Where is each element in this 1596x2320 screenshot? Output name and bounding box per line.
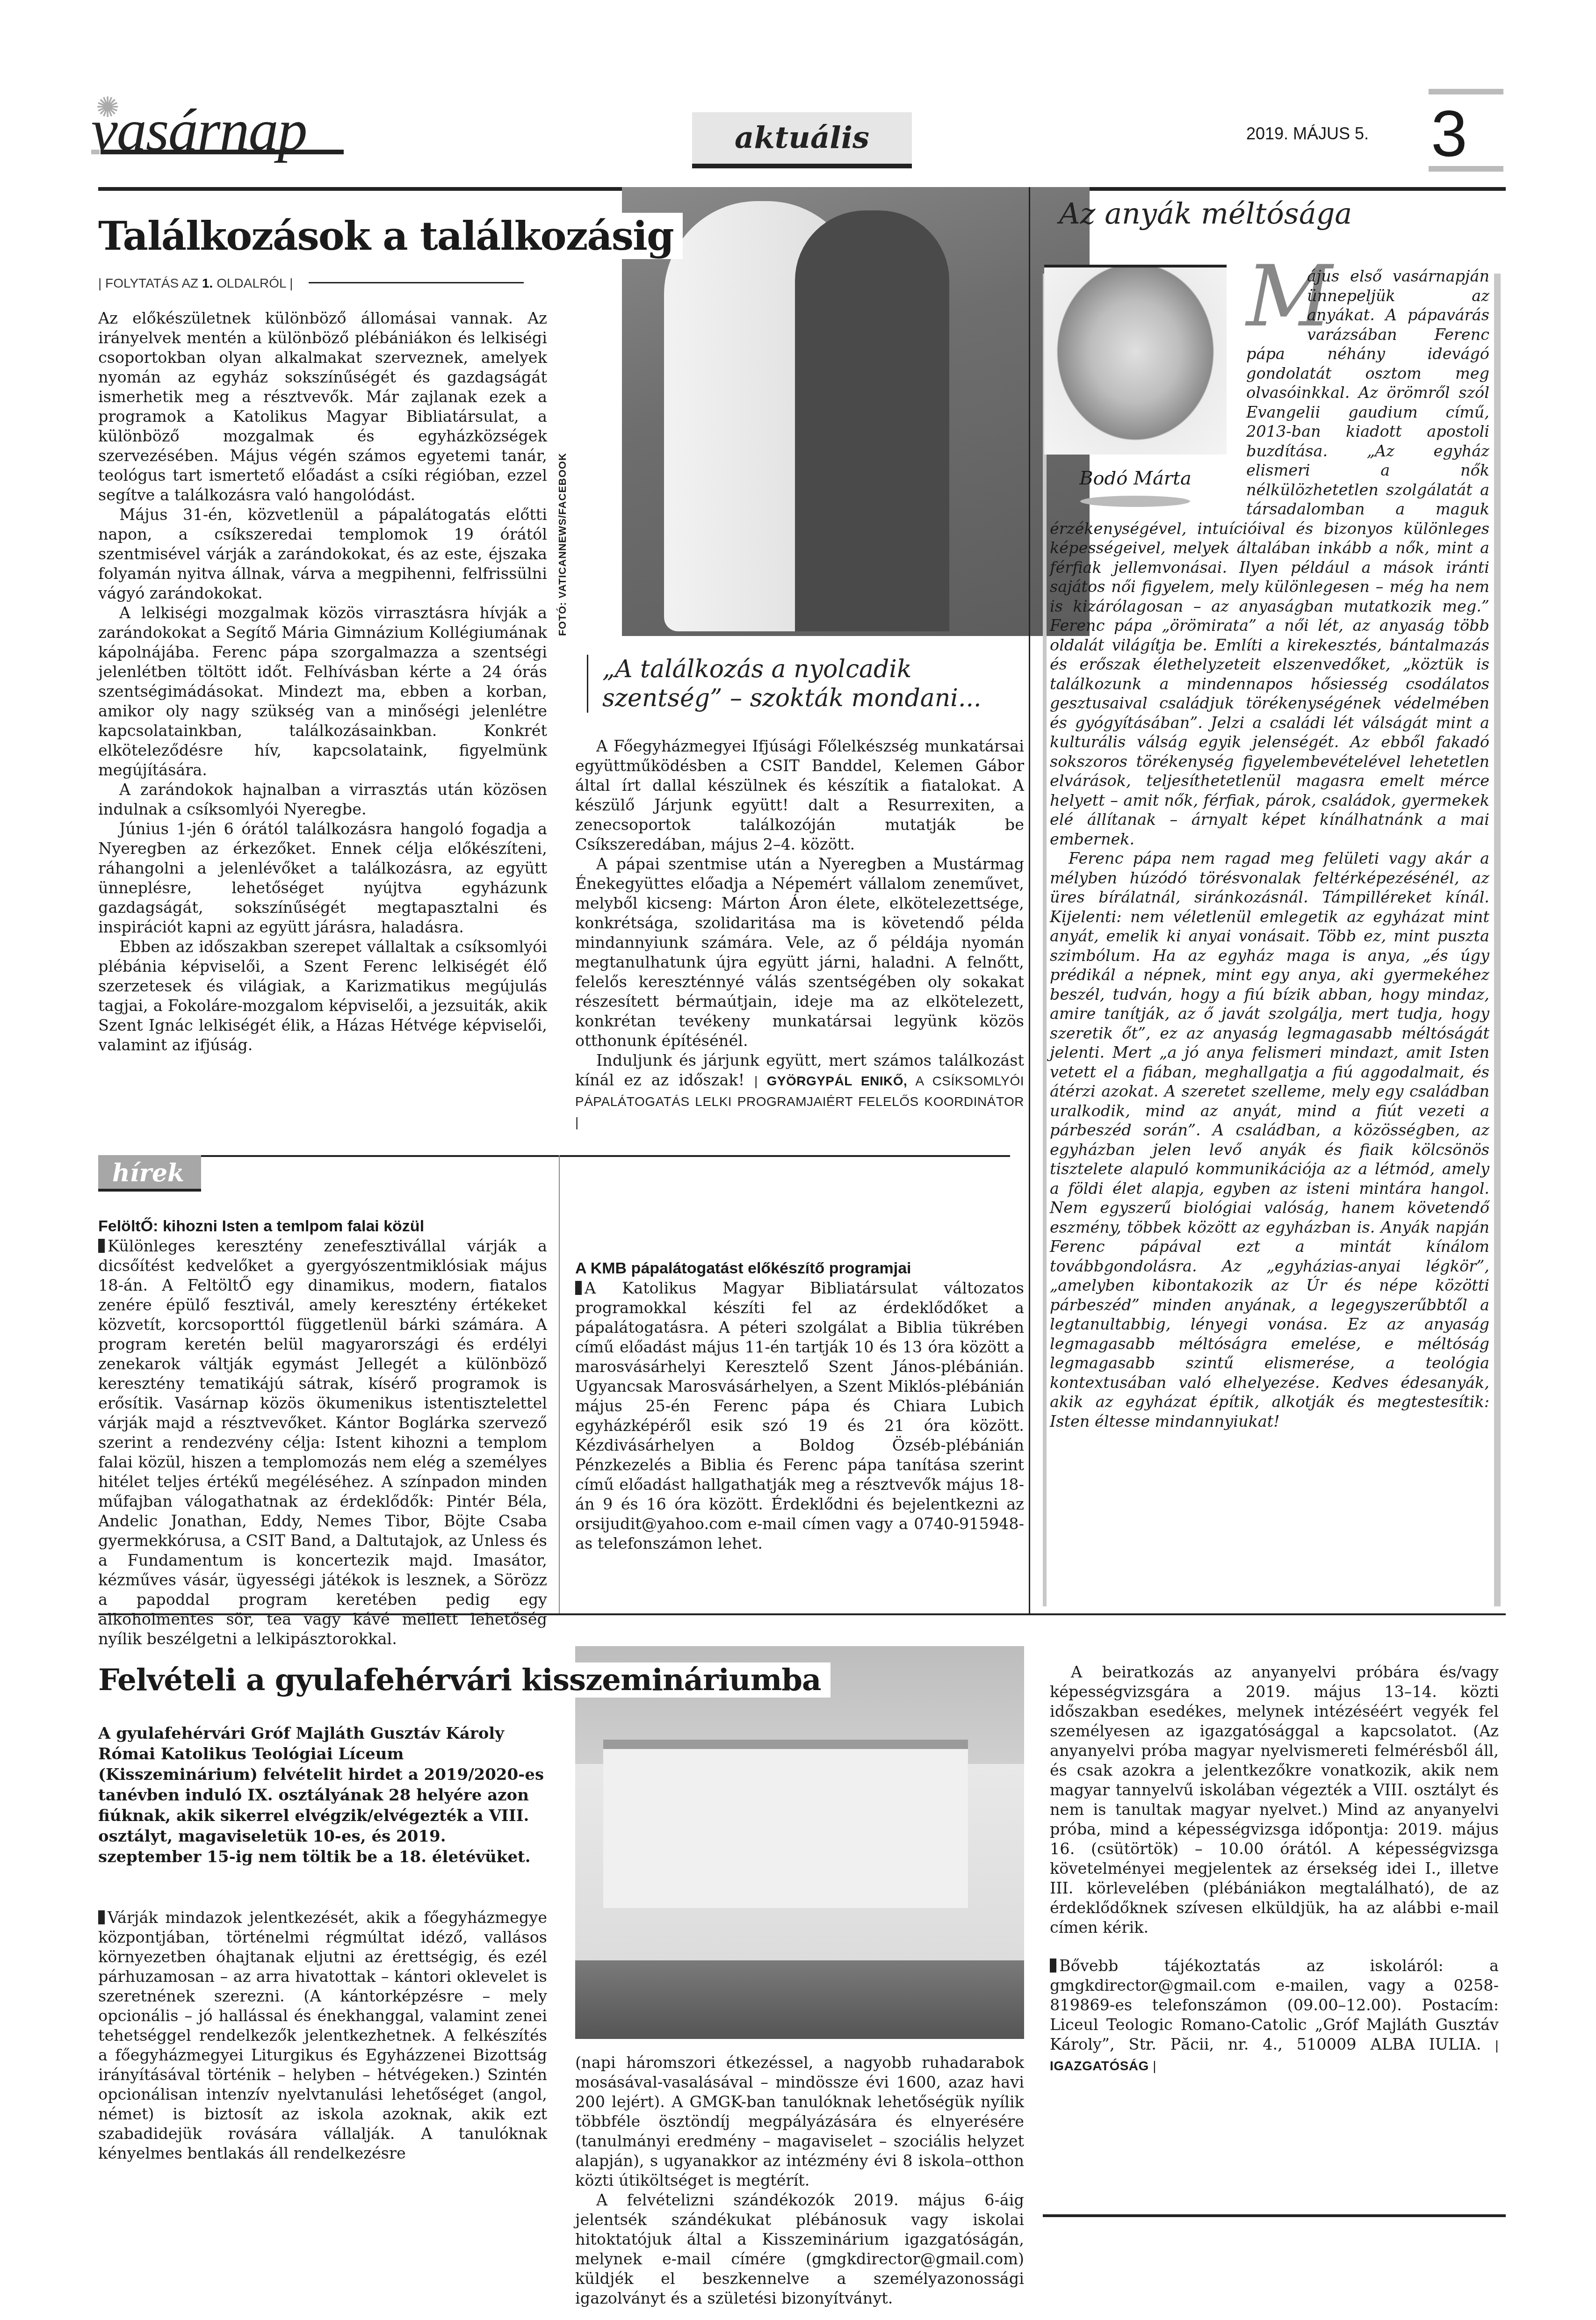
- author-name: GYÖRGYPÁL ENIKŐ,: [766, 1074, 907, 1088]
- bullet-icon: [98, 1910, 105, 1924]
- continuation-note: | FOLYTATÁS AZ 1. OLDALRÓL |: [98, 276, 293, 291]
- opinion-border-right: [1494, 274, 1501, 1606]
- pull-quote: „A találkozás a nyolcadik szentség” – sz…: [587, 655, 1009, 713]
- building-facade: [603, 1740, 968, 1908]
- main-article-column-2: A Főegyházmegyei Ifjúsági Főlelkészség m…: [575, 737, 1024, 1132]
- paragraph: (napi háromszori étkezéssel, a nagyobb r…: [575, 2053, 1024, 2190]
- bullet-icon: [1050, 1959, 1056, 1973]
- paragraph: Ferenc pápa nem ragad meg felületi vagy …: [1050, 849, 1489, 1431]
- photo-figure-dark: [795, 210, 949, 631]
- bottom-rule: [1043, 2214, 1506, 2217]
- main-headline: Találkozások a találkozásig: [98, 213, 683, 259]
- news-headline: FelöltŐ: kihozni Isten a temlpom falai k…: [98, 1216, 547, 1236]
- dropcap-spacer: [1246, 267, 1307, 337]
- news-section-label: hírek: [98, 1155, 201, 1192]
- news-body: Különleges keresztény zenefesztivállal v…: [98, 1236, 547, 1649]
- section-divider: [98, 1613, 1506, 1615]
- paragraph: Május 31-én, közvetlenül a pápalátogatás…: [98, 505, 547, 603]
- paragraph: Június 1-jén 6 órától találkozásra hango…: [98, 819, 547, 937]
- section-label: aktuális: [692, 112, 912, 168]
- logo-rule: [101, 150, 344, 154]
- logo-rule-accent: [91, 150, 100, 154]
- seminary-headline: Felvételi a gyulafehérvári kisszemináriu…: [98, 1662, 830, 1698]
- seminary-column-2: (napi háromszori étkezéssel, a nagyobb r…: [575, 2053, 1024, 2308]
- news-headline: A KMB pápalátogatást előkészítő programj…: [575, 1258, 1024, 1279]
- bullet-icon: [575, 1281, 582, 1295]
- opinion-title: Az anyák méltósága: [1059, 196, 1352, 231]
- column-divider: [1029, 187, 1030, 1613]
- opinion-body: ájus első vasárnapján ünnepeljük az anyá…: [1050, 267, 1489, 1431]
- seminary-column-1: Várják mindazok jelentkezését, akik a fő…: [98, 1908, 547, 2163]
- news-column-2: A KMB pápalátogatást előkészítő programj…: [575, 1258, 1024, 1554]
- paragraph: A beiratkozás az anyanyelvi próbára és/v…: [1050, 1662, 1499, 1937]
- paragraph: Az előkészületnek különböző állomásai va…: [98, 309, 547, 505]
- paragraph: Induljunk és járjunk együtt, mert számos…: [575, 1051, 1024, 1132]
- contact-paragraph: Bővebb tájékoztatás az iskoláról: a gmgk…: [1050, 1956, 1499, 2076]
- signature: IGAZGATÓSÁG: [1050, 2059, 1149, 2073]
- paragraph: Ebben az időszakban szerepet vállaltak a…: [98, 937, 547, 1055]
- paragraph: A Főegyházmegyei Ifjúsági Főlelkészség m…: [575, 737, 1024, 854]
- news-divider: [559, 1155, 560, 1613]
- news-column-1: FelöltŐ: kihozni Isten a temlpom falai k…: [98, 1216, 547, 1649]
- paragraph: A felvételizni szándékozók 2019. május 6…: [575, 2190, 1024, 2308]
- float-spacer: [1050, 267, 1246, 510]
- news-body: A Katolikus Magyar Bibliatársulat változ…: [575, 1279, 1024, 1554]
- seminary-column-3: A beiratkozás az anyanyelvi próbára és/v…: [1050, 1662, 1499, 2076]
- main-article-column-1: Az előkészületnek különböző állomásai va…: [98, 309, 547, 1055]
- bullet-icon: [98, 1239, 105, 1253]
- page-number: 3: [1431, 96, 1467, 172]
- paragraph: A lelkiségi mozgalmak közös virrasztásra…: [98, 603, 547, 780]
- photo-credit: FOTÓ: VATICANNEWS/FACEBOOK: [556, 412, 575, 636]
- page-number-bar-bottom: [1429, 166, 1503, 172]
- page-number-bar-top: [1429, 89, 1503, 94]
- news-rule: [201, 1155, 1010, 1157]
- seminary-lead: A gyulafehérvári Gróf Majláth Gusztáv Ká…: [98, 1723, 547, 1867]
- paragraph: Várják mindazok jelentkezését, akik a fő…: [98, 1908, 547, 2163]
- continuation-rule: [309, 282, 524, 283]
- paragraph: A pápai szentmise után a Nyeregben a Mus…: [575, 854, 1024, 1051]
- issue-date: 2019. MÁJUS 5.: [1246, 124, 1369, 144]
- paragraph: A zarándokok hajnalban a virrasztás után…: [98, 780, 547, 819]
